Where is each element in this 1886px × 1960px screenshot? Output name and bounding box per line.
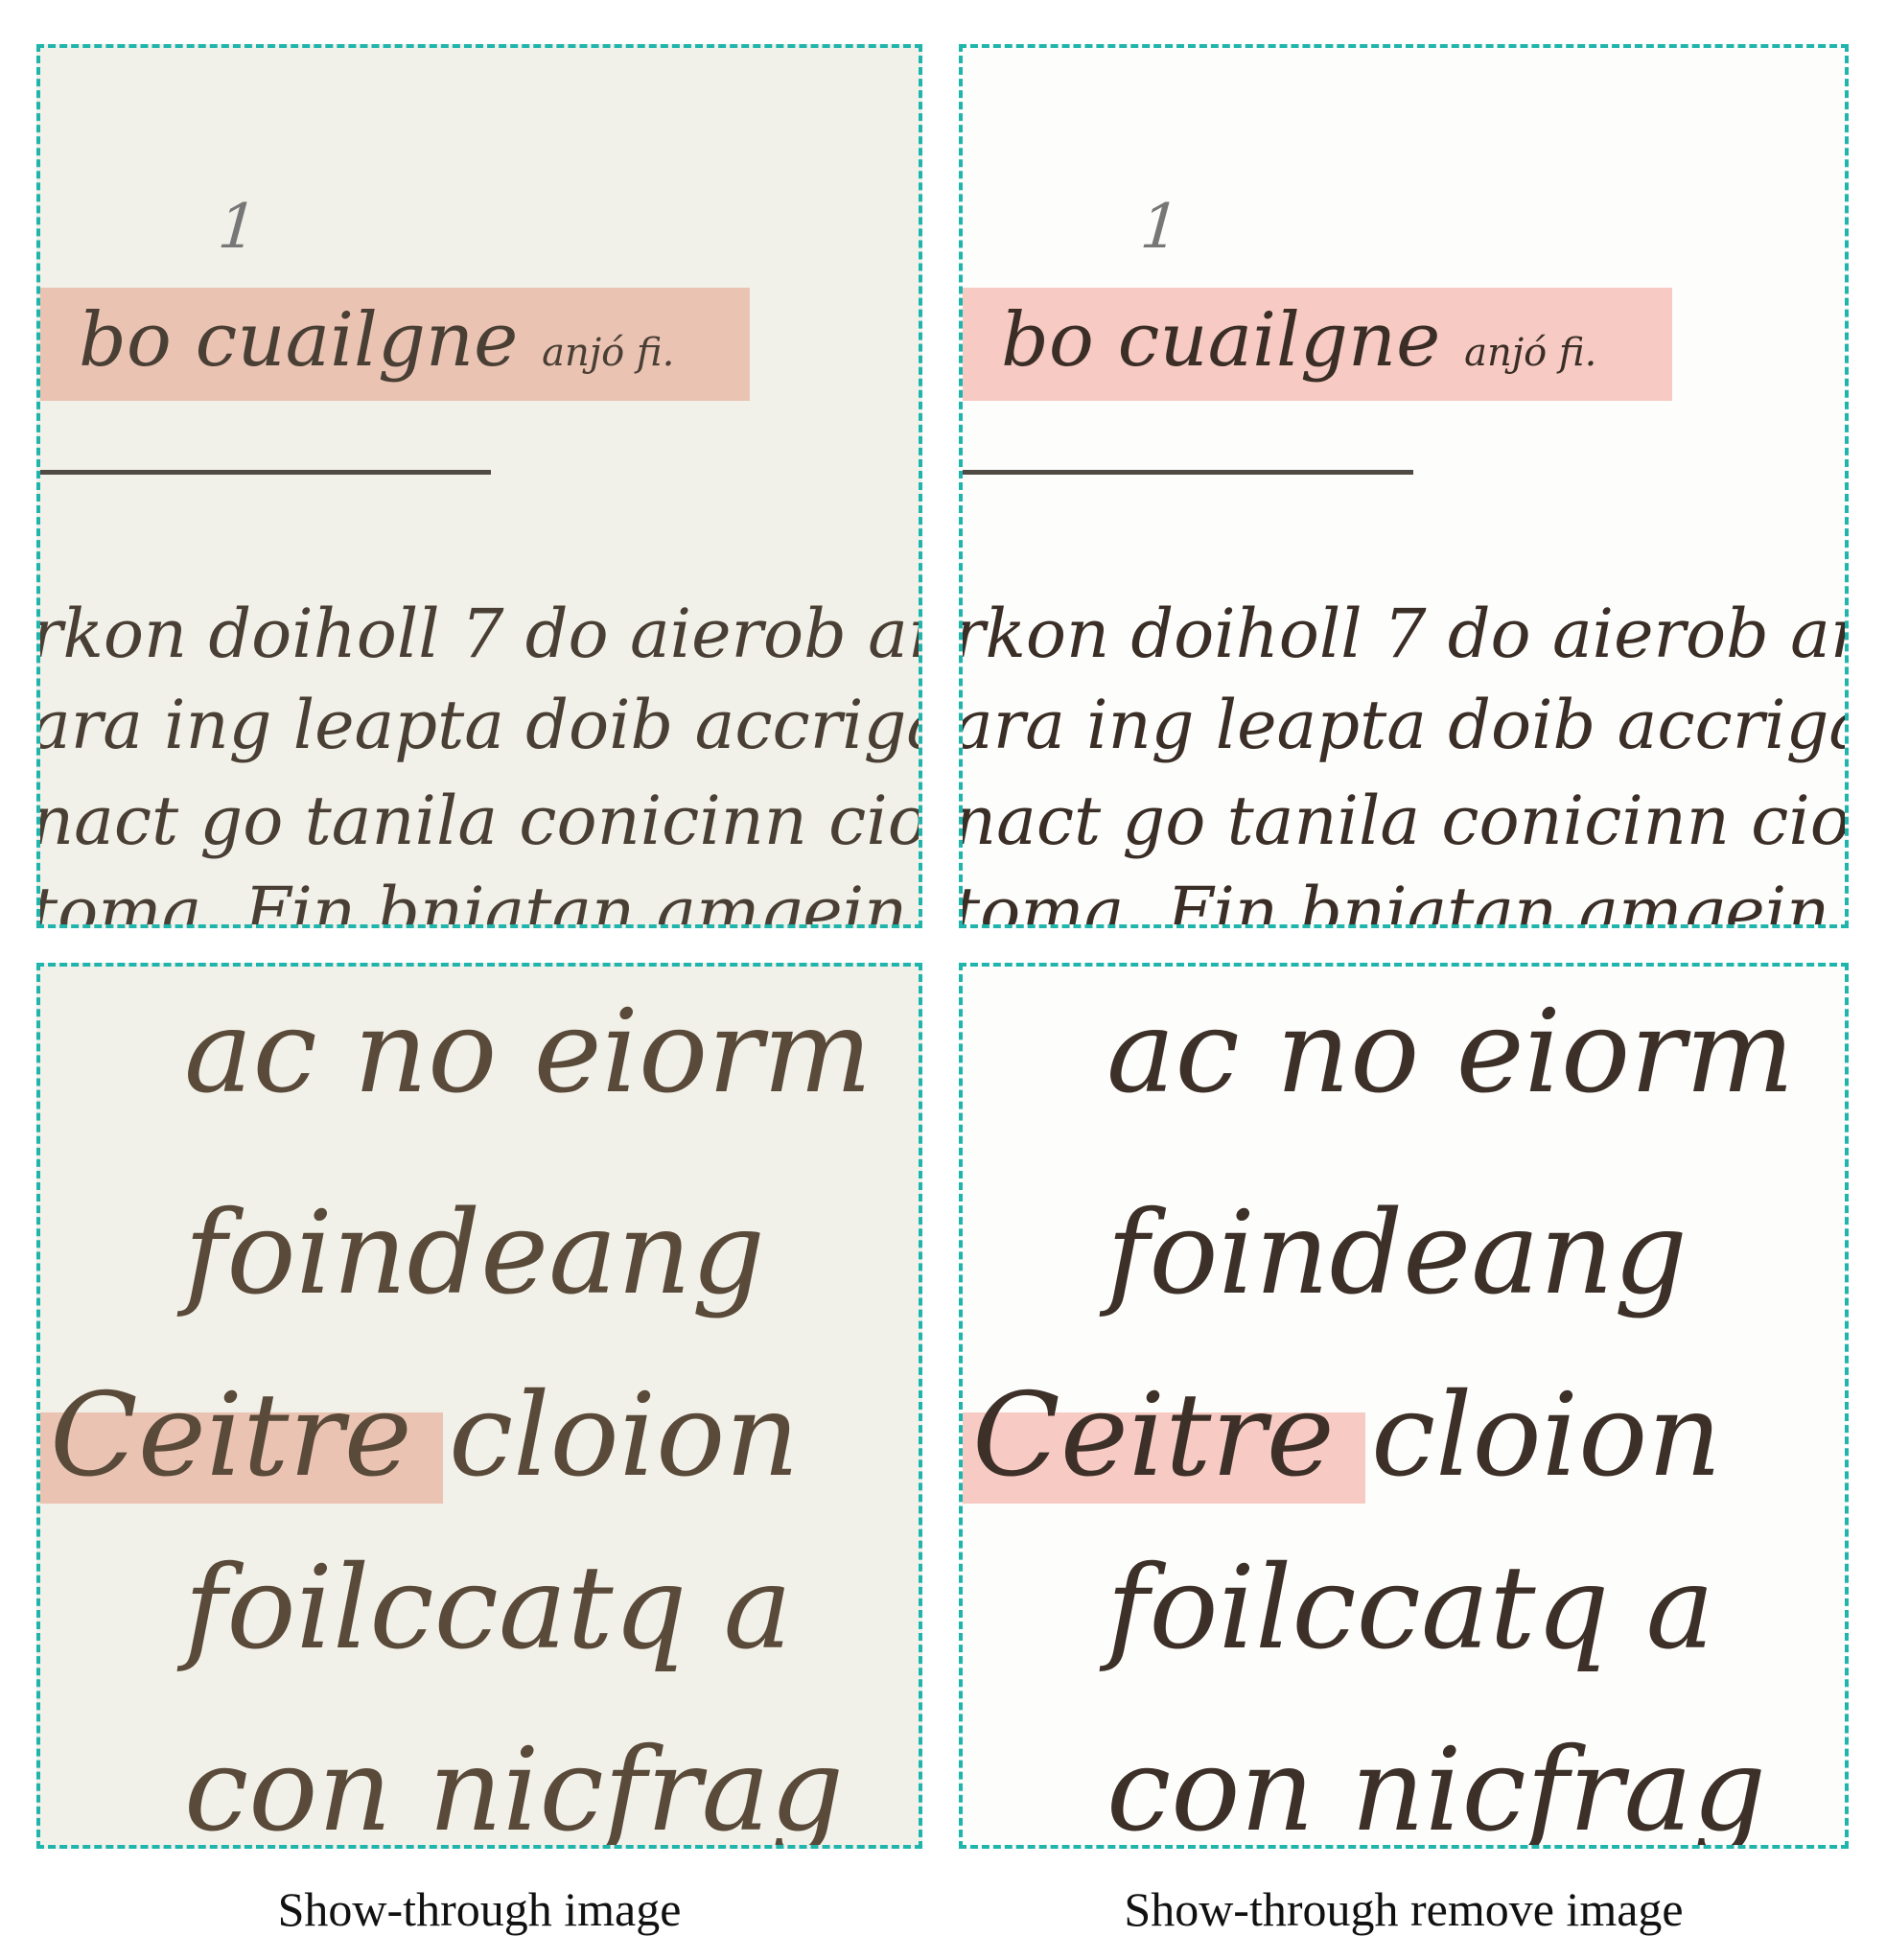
caption-show-through-removed: Show-through remove image bbox=[959, 1881, 1849, 1939]
title-abbreviation: anjó fi. bbox=[1464, 331, 1596, 375]
manuscript-line: foilccatq a bbox=[1106, 1542, 1714, 1675]
manuscript-line: ara ing leapta doib accrigat bbox=[959, 686, 1849, 764]
folio-number: 1 bbox=[208, 192, 267, 263]
manuscript-line: con nicfrag bbox=[1106, 1724, 1766, 1849]
manuscript-line: foindeang bbox=[184, 1187, 765, 1320]
manuscript-line: nact go tanila conicinn cion bbox=[36, 782, 922, 860]
ruled-line bbox=[40, 470, 491, 475]
title-text: bo cuailgne bbox=[1001, 297, 1440, 384]
manuscript-line: ac no eiorm bbox=[184, 986, 872, 1119]
manuscript-line: rkon doiholl 7 do aierob ann bbox=[959, 595, 1849, 673]
ruled-line bbox=[963, 470, 1413, 475]
manuscript-line: toma. Fin bniatan amgein bbox=[959, 873, 1829, 928]
manuscript-line: foindeang bbox=[1106, 1187, 1688, 1320]
panel-cleaned-bottom: ac no eiorm foindeang Ceitre cloion foil… bbox=[959, 963, 1849, 1849]
manuscript-line: Ceitre cloion bbox=[50, 1369, 800, 1503]
panel-original-top: 1 bo cuailgne anjó fi. rkon doiholl 7 do… bbox=[36, 44, 922, 928]
folio-number: 1 bbox=[1130, 192, 1189, 263]
manuscript-line: Ceitre cloion bbox=[972, 1369, 1722, 1503]
manuscript-title: bo cuailgne anjó fi. bbox=[1001, 297, 1596, 384]
title-text: bo cuailgne bbox=[79, 297, 518, 384]
manuscript-line: toma. Fin bniatan amgein bbox=[36, 873, 907, 928]
panel-original-bottom: ac no eiorm foindeang Ceitre cloion foil… bbox=[36, 963, 922, 1849]
manuscript-line: ara ing leapta doib accrigat bbox=[36, 686, 922, 764]
manuscript-line: nact go tanila conicinn cion bbox=[959, 782, 1849, 860]
manuscript-line: rkon doiholl 7 do aierob ann bbox=[36, 595, 922, 673]
panel-cleaned-top: 1 bo cuailgne anjó fi. rkon doiholl 7 do… bbox=[959, 44, 1849, 928]
manuscript-line: foilccatq a bbox=[184, 1542, 792, 1675]
manuscript-line: con nicfrag bbox=[184, 1724, 844, 1849]
manuscript-line: ac no eiorm bbox=[1106, 986, 1794, 1119]
caption-show-through: Show-through image bbox=[36, 1881, 922, 1939]
title-abbreviation: anjó fi. bbox=[542, 331, 674, 375]
manuscript-title: bo cuailgne anjó fi. bbox=[79, 297, 674, 384]
